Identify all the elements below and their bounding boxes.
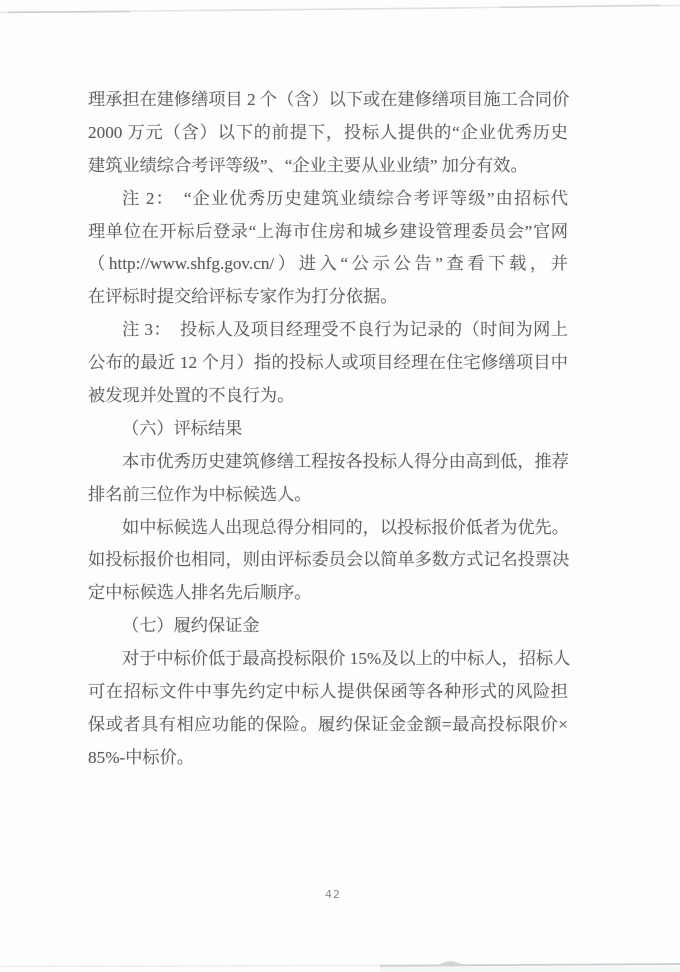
body-line-21: 85%-中标价。	[88, 742, 568, 775]
body-line-10: 被发现并处置的不良行为。	[88, 380, 568, 413]
body-line-11: （六）评标结果	[88, 413, 568, 446]
body-line-13: 排名前三位作为中标候选人。	[88, 479, 568, 512]
body-line-12: 本市优秀历史建筑修缮工程按各投标人得分由高到低，推荐	[88, 446, 568, 479]
body-line-9: 公布的最近 12 个月）指的投标人或项目经理在住宅修缮项目中	[88, 347, 568, 380]
body-line-2: 2000 万元（含）以下的前提下，投标人提供的“企业优秀历史	[88, 117, 568, 150]
document-page: 理承担在建修缮项目 2 个（含）以下或在建修缮项目施工合同价 2000 万元（含…	[0, 0, 680, 972]
scan-shadow-bottom	[0, 956, 680, 972]
body-line-5: 理单位在开标后登录“上海市住房和城乡建设管理委员会”官网	[88, 216, 568, 249]
body-line-17: （七）履约保证金	[88, 610, 568, 643]
body-line-3: 建筑业绩综合考评等级”、“企业主要从业业绩” 加分有效。	[88, 150, 568, 183]
body-line-14: 如中标候选人出现总得分相同的，以投标报价低者为优先。	[88, 512, 568, 545]
body-line-18: 对于中标价低于最高投标限价 15%及以上的中标人，招标人	[88, 643, 568, 676]
body-line-1: 理承担在建修缮项目 2 个（含）以下或在建修缮项目施工合同价	[88, 84, 568, 117]
body-line-7: 在评标时提交给评标专家作为打分依据。	[88, 281, 568, 314]
body-line-20: 保或者具有相应功能的保险。履约保证金金额=最高投标限价×	[88, 709, 568, 742]
body-line-4: 注 2： “企业优秀历史建筑业绩综合考评等级”由招标代	[88, 183, 568, 216]
body-line-15: 如投标报价也相同，则由评标委员会以简单多数方式记名投票决	[88, 544, 568, 577]
scan-fold-line-top	[0, 0, 680, 20]
body-line-19: 可在招标文件中事先约定中标人提供保函等各种形式的风险担	[88, 676, 568, 709]
body-line-16: 定中标候选人排名先后顺序。	[88, 577, 568, 610]
body-line-6: （http://www.shfg.gov.cn/）进入“公示公告”查看下载，并	[88, 248, 568, 281]
body-line-8: 注 3： 投标人及项目经理受不良行为记录的（时间为网上	[88, 314, 568, 347]
document-body: 理承担在建修缮项目 2 个（含）以下或在建修缮项目施工合同价 2000 万元（含…	[88, 84, 568, 775]
page-number: 42	[0, 888, 666, 901]
